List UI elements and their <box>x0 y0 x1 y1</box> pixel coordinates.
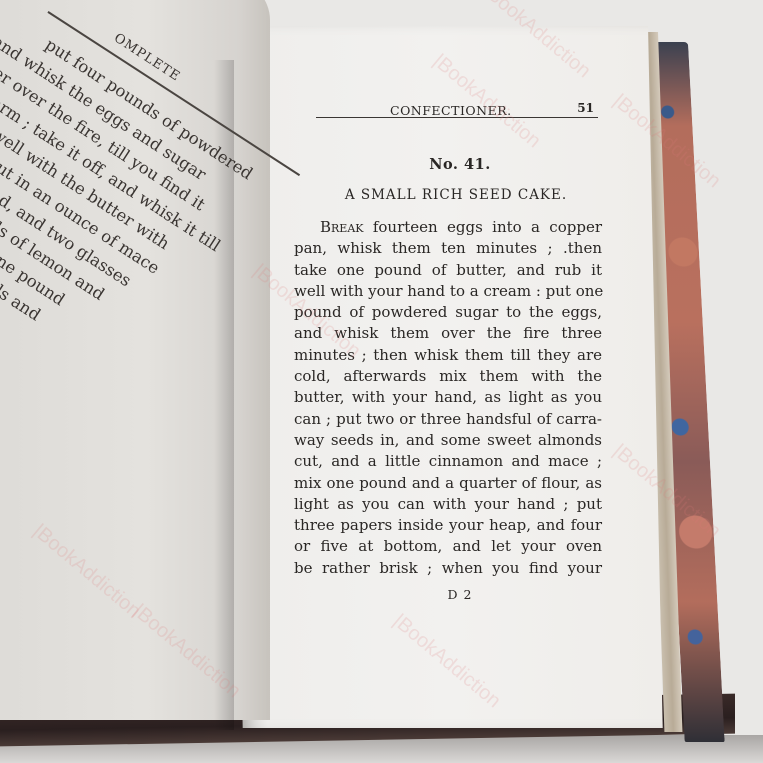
left-page-content: OMPLETE put four pounds of powdered and … <box>0 0 760 760</box>
book-photo: CONFECTIONER. 51 No. 41. A SMALL RICH SE… <box>0 0 763 763</box>
